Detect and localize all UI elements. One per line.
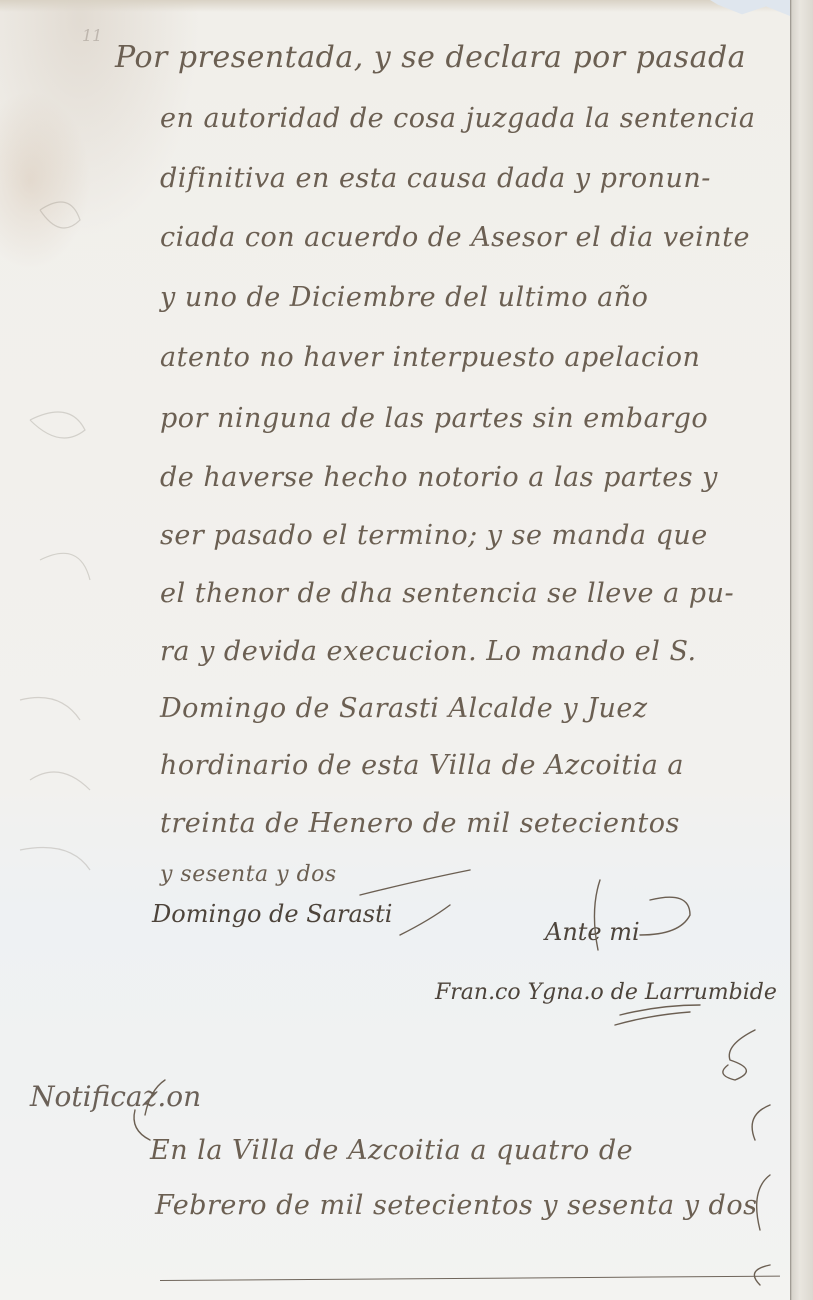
body-line-14: treinta de Henero de mil setecientos	[160, 808, 680, 839]
body-line-3: difinitiva en esta causa dada y pronun-	[160, 163, 711, 194]
body-line-9: ser pasado el termino; y se manda que	[160, 520, 708, 551]
body-line-2: en autoridad de cosa juzgada la sentenci…	[160, 103, 756, 134]
body-line-12: Domingo de Sarasti Alcalde y Juez	[160, 693, 648, 724]
body-line-15: y sesenta y dos	[160, 862, 337, 887]
body-line-4: ciada con acuerdo de Asesor el dia veint…	[160, 222, 750, 253]
body-line-13: hordinario de esta Villa de Azcoitia a	[160, 750, 684, 781]
closing-rule-line	[160, 1276, 780, 1281]
body-line-8: de haverse hecho notorio a las partes y	[160, 462, 718, 493]
body-line-10: el thenor de dha sentencia se lleve a pu…	[160, 578, 734, 609]
notification-line-2: Febrero de mil setecientos y sesenta y d…	[155, 1190, 757, 1221]
signature-alcalde: Domingo de Sarasti	[152, 900, 392, 928]
signature-ante-mi: Ante mi	[545, 918, 640, 946]
body-line-6: atento no haver interpuesto apelacion	[160, 342, 700, 373]
body-line-7: por ninguna de las partes sin embargo	[160, 403, 708, 434]
body-line-5: y uno de Diciembre del ultimo año	[160, 282, 648, 313]
folio-mark: 11	[82, 26, 102, 45]
manuscript-page: 11 Por presentada, y se declara por pasa…	[0, 0, 790, 1300]
body-line-1: Por presentada, y se declara por pasada	[115, 40, 746, 75]
margin-note-notificacion: Notificaz.on	[30, 1080, 201, 1113]
signature-escribano: Fran.co Ygna.o de Larrumbide	[435, 980, 777, 1005]
page-top-edge	[0, 0, 790, 12]
notification-line-1: En la Villa de Azcoitia a quatro de	[150, 1135, 633, 1166]
adjacent-page-edge	[790, 0, 813, 1300]
body-line-11: ra y devida execucion. Lo mando el S.	[160, 636, 697, 667]
